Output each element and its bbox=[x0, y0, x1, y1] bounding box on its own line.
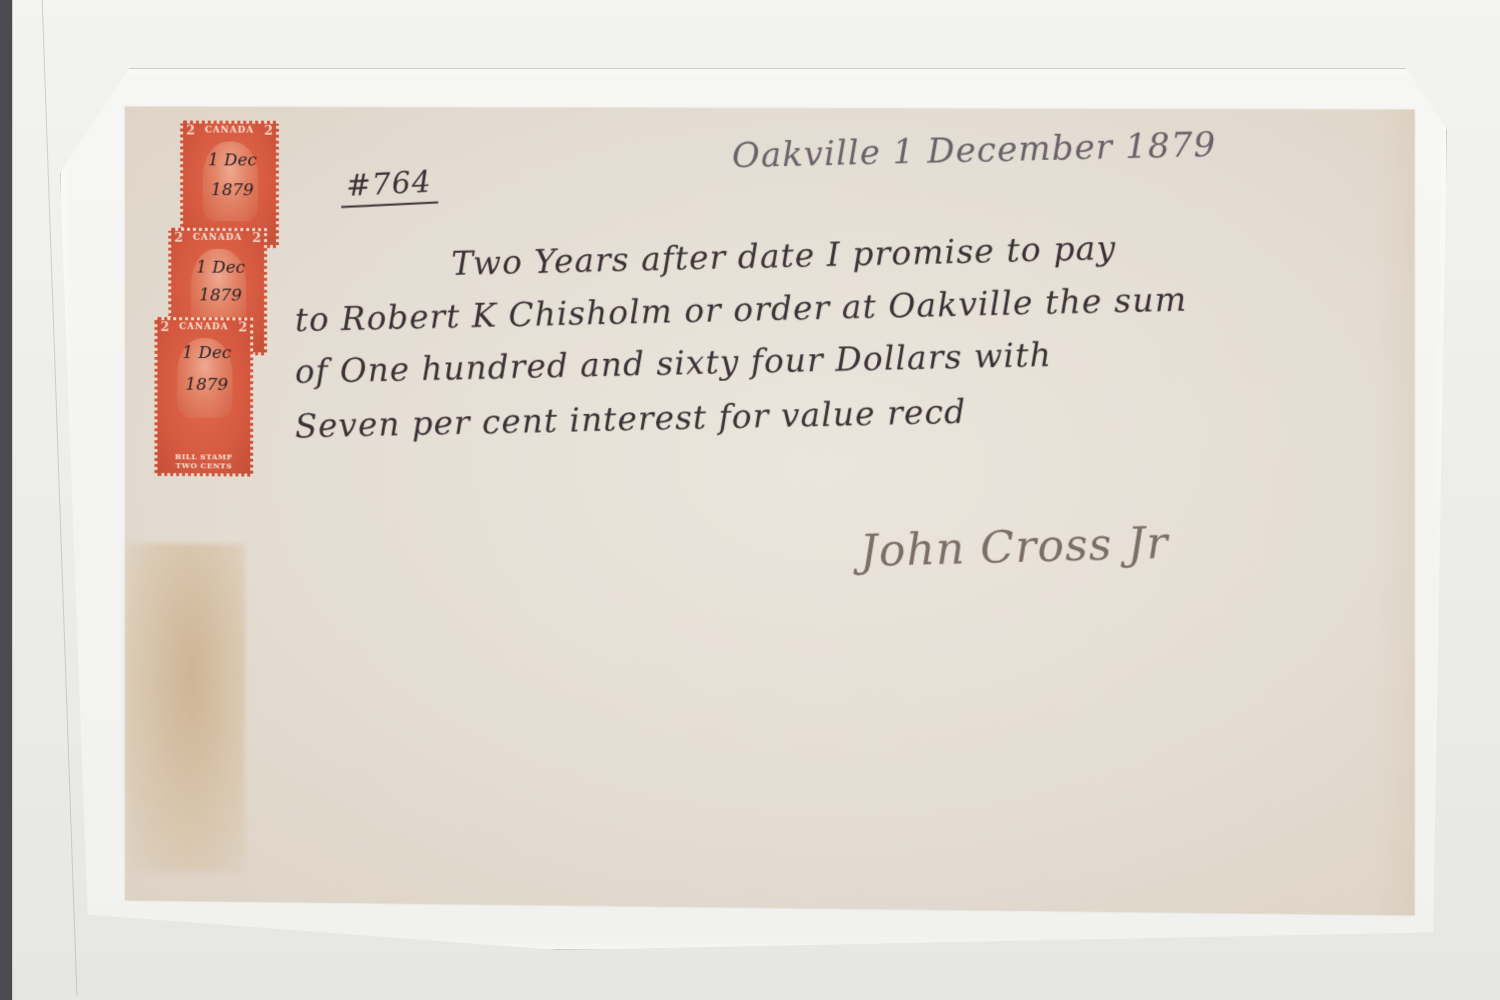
stamp-country: CANADA bbox=[157, 322, 250, 332]
stamp-cancel-date: 1 Dec bbox=[175, 342, 238, 364]
stamp-caption-line2: TWO CENTS bbox=[157, 461, 250, 471]
stamp-country: CANADA bbox=[171, 233, 264, 243]
stamp-cancel-date: 1 Dec bbox=[189, 257, 252, 279]
body-line-1: Two Years after date I promise to pay bbox=[451, 228, 1117, 283]
reference-number: #764 bbox=[339, 164, 438, 208]
stamp-caption: BILL STAMP TWO CENTS bbox=[157, 452, 250, 470]
mount-board-crease bbox=[42, 0, 78, 996]
stamp-value: 2 bbox=[238, 320, 247, 335]
stamp-country: CANADA bbox=[183, 126, 276, 136]
signature: John Cross Jr bbox=[859, 518, 1169, 578]
promissory-note: 2 CANADA 2 1 Dec 1879 2 CANADA 2 1 Dec 1… bbox=[125, 107, 1415, 916]
body-line-3: of One hundred and sixty four Dollars wi… bbox=[294, 335, 1052, 391]
stamp-value: 2 bbox=[264, 124, 273, 139]
stamp-cancel-year: 1879 bbox=[175, 374, 238, 396]
bill-stamp-3: 2 CANADA 2 1 Dec 1879 BILL STAMP TWO CEN… bbox=[155, 317, 254, 477]
stamp-cancel-year: 1879 bbox=[189, 284, 252, 306]
stamp-cancel-date: 1 Dec bbox=[201, 149, 264, 171]
stamp-value: 2 bbox=[252, 231, 261, 246]
body-line-4: Seven per cent interest for value recd bbox=[294, 392, 967, 446]
body-line-2: to Robert K Chisholm or order at Oakvill… bbox=[294, 279, 1187, 339]
paper-stain bbox=[125, 543, 245, 872]
dateline: Oakville 1 December 1879 bbox=[732, 125, 1217, 176]
stamp-cancel-year: 1879 bbox=[201, 179, 264, 201]
